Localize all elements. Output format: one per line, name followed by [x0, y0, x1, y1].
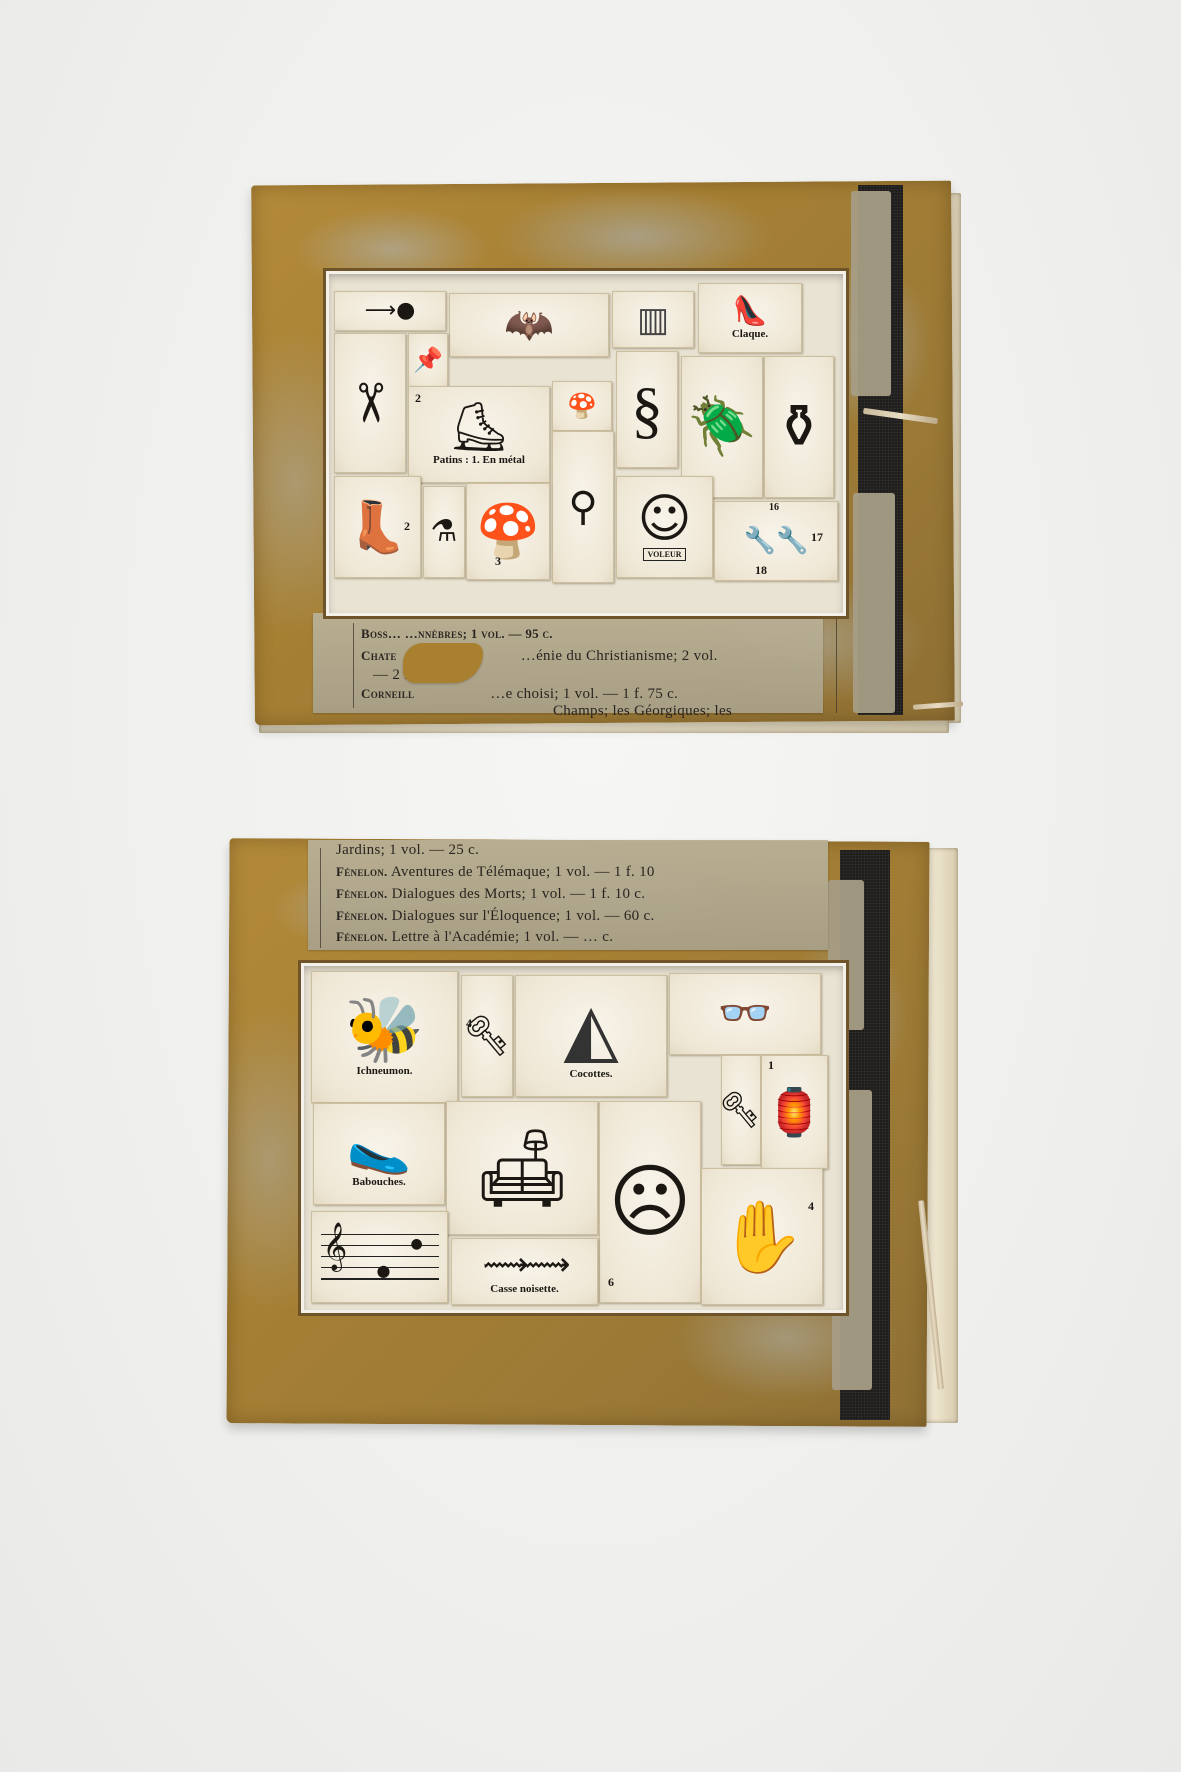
tile-key-long: 🗝 — [721, 1055, 761, 1165]
hook-icon: § — [631, 378, 663, 442]
hinge-icon: ▥ — [637, 303, 669, 337]
roller-skate-icon: ⛸ — [449, 403, 510, 451]
printed-line: Corneill …e choisi; 1 vol. — 1 f. 75 c. — [361, 686, 678, 703]
spine-paper-patch — [851, 191, 891, 396]
nutcracker-icon: ⟿⟿ — [483, 1248, 567, 1280]
mushroom-icon: 🍄 — [567, 394, 597, 418]
tile-bat: 🦇 — [449, 293, 609, 357]
printed-line: Fénelon. Lettre à l'Académie; 1 vol. — …… — [336, 929, 613, 946]
cover-window: 🐝 Ichneumon. 4 🗝 ◭ Cocottes. 👓 🗝 1 🏮 🥿 B… — [298, 960, 849, 1316]
mushroom-icon: 🍄 — [476, 506, 541, 558]
printed-line: Fénelon. Dialogues sur l'Éloquence; 1 vo… — [336, 908, 655, 925]
boot-icon: 👢 — [346, 502, 408, 552]
mask-icon: ☹ — [608, 1162, 691, 1242]
shoe-icon: 👠 — [733, 297, 768, 325]
tile-screw: ⟶● — [334, 291, 446, 331]
tile-skate: 2 ⛸ Patins : 1. En métal — [408, 386, 550, 483]
music-staff-icon: 𝄞 ● ● — [321, 1234, 439, 1280]
beetle-icon: 🪲 — [687, 399, 757, 455]
printed-line: Jardins; 1 vol. — 25 c. — [336, 842, 479, 859]
tile-key-small: 4 🗝 — [461, 975, 513, 1097]
tile-boots: 2 👢 — [334, 476, 421, 578]
tile-ichneumon: 🐝 Ichneumon. — [311, 971, 458, 1103]
origami-icon: ◭ — [563, 993, 618, 1065]
printed-line: Boss… …nnèbres; 1 vol. — 95 c. — [361, 626, 553, 643]
tile-sofa: 🛋 — [446, 1101, 598, 1235]
wrench-icon: 🔧🔧 — [744, 528, 809, 554]
hand-icon: ✋ — [718, 1202, 805, 1272]
slipper-icon: 🥿 — [347, 1121, 412, 1173]
portrait-icon: ☺ — [637, 493, 691, 545]
caption-claque: Claque. — [732, 328, 768, 340]
tile-casse-noisette: ⟿⟿ Casse noisette. — [451, 1238, 598, 1305]
tile-claque: 👠 Claque. — [698, 283, 802, 353]
tile-head: 6 ☹ — [599, 1101, 701, 1303]
key-icon: 🗝 — [468, 1012, 506, 1060]
tile-lantern: 1 🏮 — [761, 1055, 828, 1169]
key-icon: 🗝 — [724, 1088, 758, 1131]
caption-cocottes: Cocottes. — [569, 1068, 612, 1080]
tile-hand-pendulum: ⚲ — [552, 431, 614, 583]
tile-pince-nez: 👓 — [669, 973, 821, 1055]
amphora-icon: ⚱ — [774, 397, 824, 457]
screw-icon: ⟶● — [365, 300, 416, 322]
tile-wrenches: 16 🔧🔧 17 18 — [714, 501, 838, 581]
scissors-icon: ✂ — [343, 380, 397, 425]
spectacles-icon: 👓 — [718, 992, 773, 1036]
printed-line: Fénelon. Aventures de Télémaque; 1 vol. … — [336, 864, 655, 881]
printed-line: Fénelon. Dialogues des Morts; 1 vol. — 1… — [336, 886, 645, 903]
caption-voleur: VOLEUR — [643, 548, 685, 561]
tile-tack: 📌 — [408, 333, 448, 387]
book-top: Boss… …nnèbres; 1 vol. — 95 c. Chate …én… — [253, 183, 973, 743]
tile-music: 𝄞 ● ● — [311, 1211, 448, 1303]
tile-cocottes: ◭ Cocottes. — [515, 975, 667, 1097]
tile-hand: 4 ✋ — [701, 1168, 823, 1305]
tile-small-mushroom: 🍄 — [552, 381, 612, 431]
printed-line: Champs; les Géorgiques; les — [553, 703, 732, 720]
caption-patins: Patins : 1. En métal — [433, 454, 525, 466]
plumb-bob-icon: ⚲ — [568, 487, 597, 527]
caption-ichneumon: Ichneumon. — [357, 1065, 413, 1077]
cover-window: ⟶● 🦇 ▥ 👠 Claque. ✂ 📌 2 ⛸ Patins : 1. En … — [323, 268, 849, 619]
tile-scissors: ✂ — [334, 333, 406, 473]
caption-casse-noisette: Casse noisette. — [490, 1283, 558, 1295]
bat-icon: 🦇 — [504, 305, 554, 345]
tile-hinge: ▥ — [612, 291, 694, 348]
lantern-icon: 🏮 — [766, 1089, 823, 1135]
bottle-icon: ⚗ — [431, 517, 458, 547]
spine-paper-patch — [853, 493, 895, 713]
wasp-icon: 🐝 — [345, 998, 425, 1062]
tile-amphora: ⚱ — [764, 356, 834, 498]
thumbtack-icon: 📌 — [413, 348, 443, 372]
sofa-icon: 🛋 — [474, 1130, 570, 1206]
tile-mushroom: 3 🍄 — [466, 483, 550, 580]
tile-babouches: 🥿 Babouches. — [313, 1103, 445, 1205]
book-bottom: Jardins; 1 vol. — 25 c. Fénelon. Aventur… — [228, 840, 968, 1440]
tile-voleur: ☺ VOLEUR — [616, 476, 713, 578]
caption-babouches: Babouches. — [352, 1176, 406, 1188]
tile-bottle: ⚗ — [423, 486, 465, 578]
tile-hook: § — [616, 351, 678, 468]
